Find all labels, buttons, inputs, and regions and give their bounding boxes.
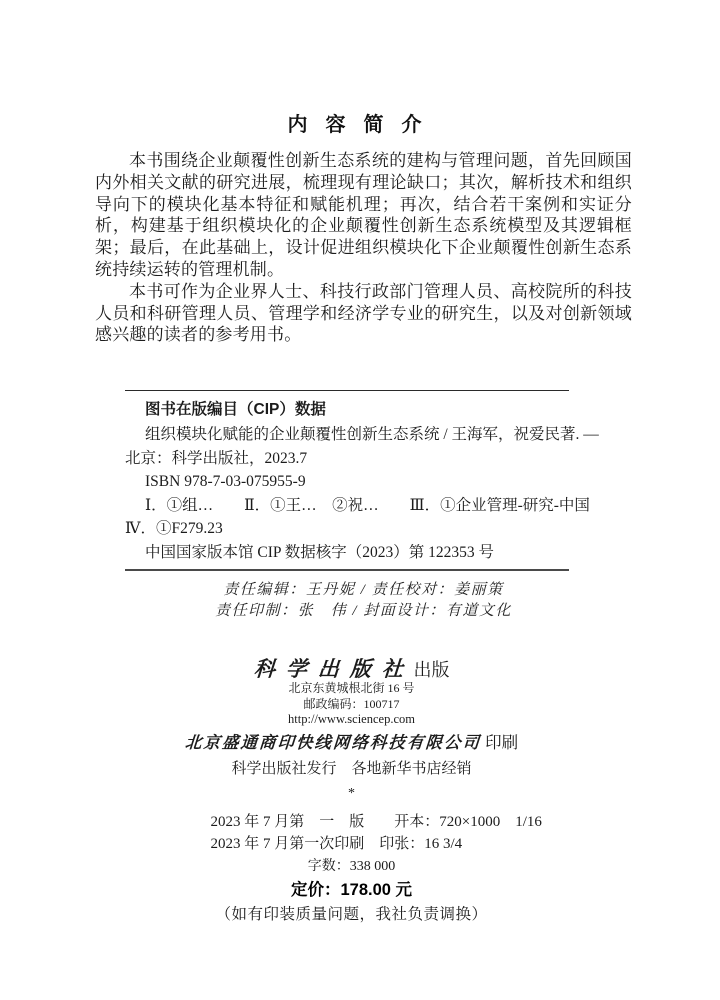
- publish-label: 出版: [414, 660, 450, 680]
- separator-asterisk: *: [95, 786, 608, 802]
- printer-line: 北京盛通商印快线网络科技有限公司 印刷: [95, 733, 608, 753]
- page-title: 内容简介: [95, 114, 632, 136]
- distribution-line: 科学出版社发行 各地新华书店经销: [95, 760, 608, 779]
- publisher-line: 科学出版社出版: [95, 658, 608, 681]
- cip-isbn: ISBN 978-7-03-075955-9: [125, 470, 632, 494]
- cip-publisher-line: 北京：科学出版社，2023.7: [125, 447, 632, 471]
- word-count: 字数：338 000: [95, 857, 608, 876]
- cip-title-author-line: 组织模块化赋能的企业颠覆性创新生态系统 / 王海军，祝爱民著. —: [125, 423, 632, 447]
- cip-data-block: 图书在版编目（CIP）数据 组织模块化赋能的企业颠覆性创新生态系统 / 王海军，…: [125, 390, 632, 571]
- summary-paragraph: 本书围绕企业颠覆性创新生态系统的建构与管理问题，首先回顾国内外相关文献的研究进展…: [95, 150, 632, 281]
- cip-bottom-rule: [125, 569, 569, 571]
- printer-designer-line: 责任印制：张 伟 / 封面设计：有道文化: [95, 601, 632, 622]
- cip-record-number: 中国国家版本馆 CIP 数据核字（2023）第 122353 号: [125, 541, 632, 565]
- printing-line: 2023 年 7 月第一次印刷 印张：16 3/4: [211, 833, 493, 856]
- content-summary: 本书围绕企业颠覆性创新生态系统的建构与管理问题，首先回顾国内外相关文献的研究进展…: [95, 150, 632, 346]
- printer-name: 北京盛通商印快线网络科技有限公司: [184, 733, 481, 753]
- publisher-postcode: 邮政编码：100717: [95, 697, 608, 713]
- editor-proofreader-line: 责任编辑：王丹妮 / 责任校对：姜丽策: [95, 580, 632, 601]
- cip-heading: 图书在版编目（CIP）数据: [125, 391, 632, 423]
- cip-classification-code: Ⅳ．①F279.23: [125, 517, 632, 541]
- publisher-address: 北京东黄城根北街 16 号: [95, 681, 608, 697]
- staff-credits: 责任编辑：王丹妮 / 责任校对：姜丽策 责任印制：张 伟 / 封面设计：有道文化: [95, 580, 632, 622]
- publisher-name: 科学出版社: [253, 658, 415, 680]
- cip-classification-line: Ⅰ．①组… Ⅱ．①王… ②祝… Ⅲ．①企业管理-研究-中国: [125, 494, 632, 518]
- colophon: 科学出版社出版 北京东黄城根北街 16 号 邮政编码：100717 http:/…: [95, 658, 608, 925]
- print-label: 印刷: [485, 733, 518, 752]
- price: 定价：178.00 元: [95, 880, 608, 901]
- quality-note: （如有印装质量问题，我社负责调换）: [95, 905, 608, 925]
- edition-line: 2023 年 7 月第 一 版 开本：720×1000 1/16: [211, 811, 493, 834]
- edition-info: 2023 年 7 月第 一 版 开本：720×1000 1/16 2023 年 …: [211, 811, 493, 856]
- publisher-website: http://www.sciencep.com: [95, 712, 608, 728]
- summary-paragraph: 本书可作为企业界人士、科技行政部门管理人员、高校院所的科技人员和科研管理人员、管…: [95, 281, 632, 346]
- copyright-page: 内容简介 本书围绕企业颠覆性创新生态系统的建构与管理问题，首先回顾国内外相关文献…: [0, 0, 720, 1000]
